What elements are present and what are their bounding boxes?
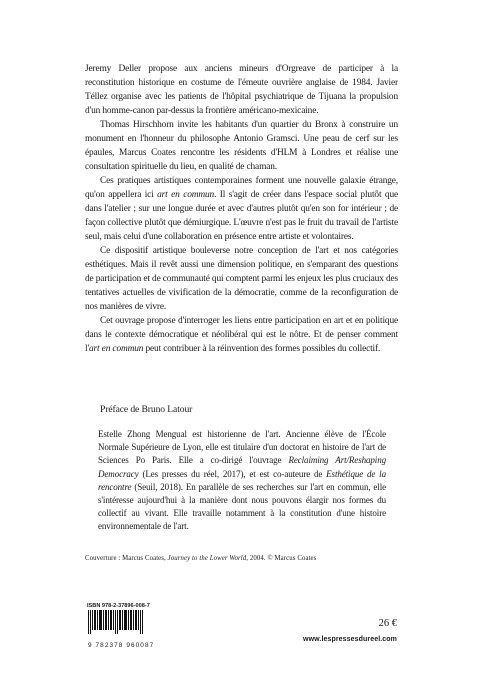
price: 26 € [379,618,397,629]
book-back-cover: Jeremy Deller propose aux anciens mineur… [0,0,481,680]
author-bio: Estelle Zhong Mengual est historienne de… [98,428,386,534]
publisher-website: www.lespressesdureel.com [303,636,397,643]
isbn-label: ISBN 978-2-37896-008-7 [87,603,145,609]
isbn-barcode-block: ISBN 978-2-37896-008-7 9 782378 960087 [87,603,145,652]
paragraph: Jeremy Deller propose aux anciens mineur… [85,62,398,118]
barcode-digits: 9 782378 960087 [87,642,155,649]
cover-image-credit: Couverture : Marcus Coates, Journey to t… [85,555,316,562]
paragraph: Cet ouvrage propose d'interroger les lie… [85,314,398,356]
back-cover-text: Jeremy Deller propose aux anciens mineur… [85,62,398,356]
preface-credit: Préface de Bruno Latour [100,404,192,415]
ean13-barcode-icon [88,610,144,634]
paragraph: Thomas Hirschhorn invite les habitants d… [85,118,398,174]
paragraph: Ces pratiques artistiques contemporaines… [85,174,398,244]
paragraph: Ce dispositif artistique bouleverse notr… [85,244,398,314]
